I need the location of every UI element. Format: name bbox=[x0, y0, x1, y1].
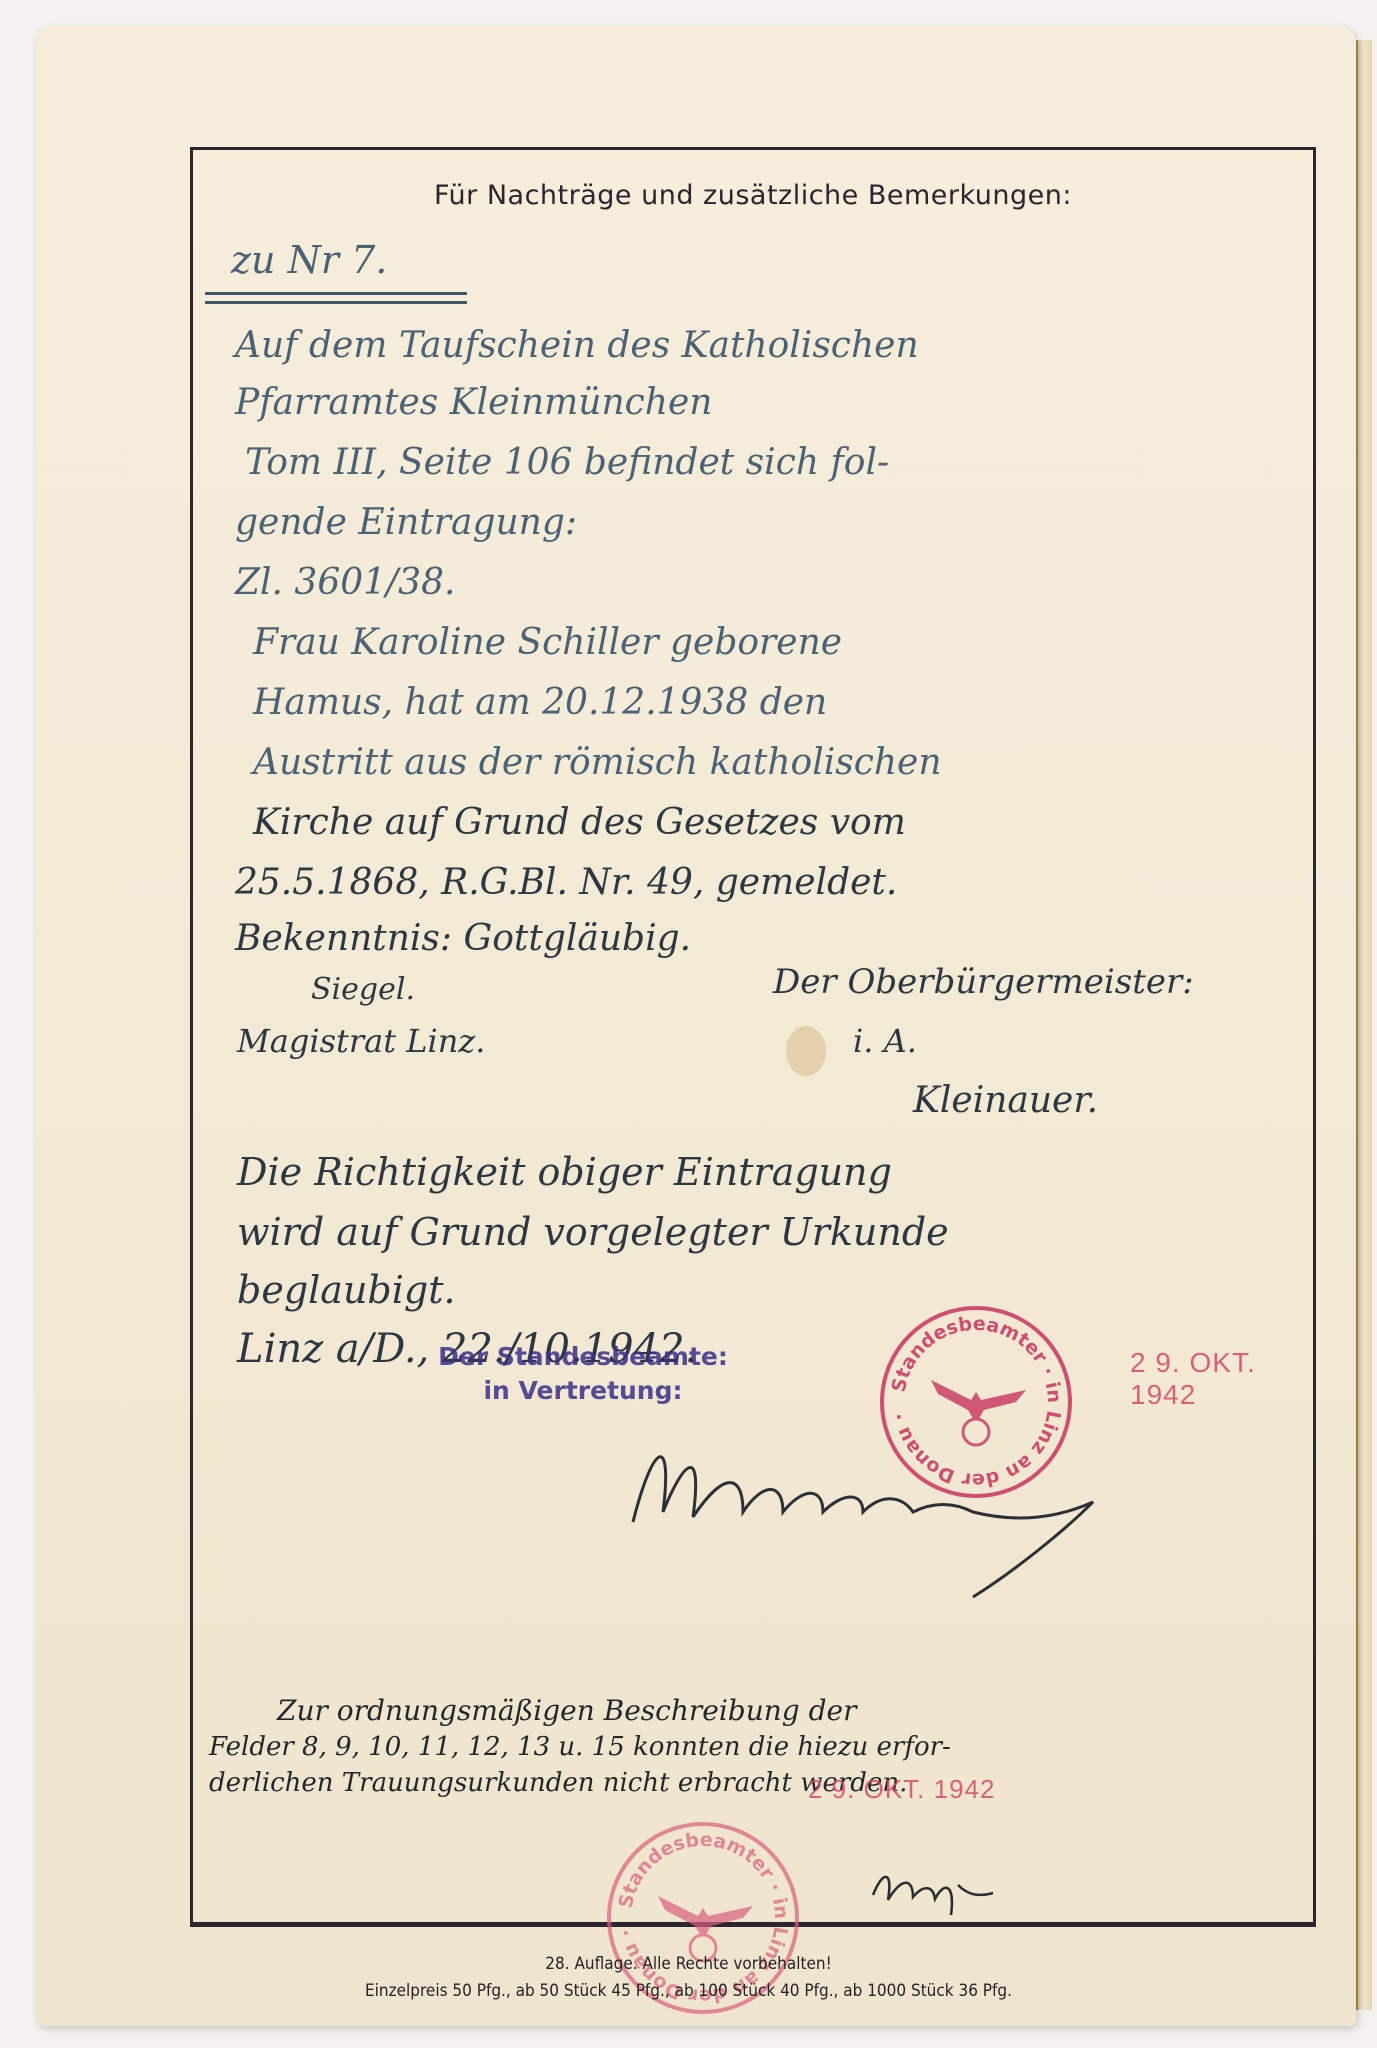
date-stamp: 2 9. OKT. 1942 bbox=[1130, 1347, 1313, 1411]
mayor-title: Der Oberbürgermeister: bbox=[773, 962, 1194, 1002]
certification-line: beglaubigt. bbox=[237, 1268, 456, 1312]
entry-line: 25.5.1868, R.G.Bl. Nr. 49, gemeldet. bbox=[235, 862, 897, 903]
note-line: Felder 8, 9, 10, 11, 12, 13 u. 15 konnte… bbox=[209, 1732, 951, 1762]
remarks-frame: Für Nachträge und zusätzliche Bemerkunge… bbox=[190, 147, 1316, 1927]
document-page: Für Nachträge und zusätzliche Bemerkunge… bbox=[36, 26, 1356, 2026]
entry-line: Hamus, hat am 20.12.1938 den bbox=[253, 682, 827, 723]
magistrat-label: Magistrat Linz. bbox=[237, 1022, 485, 1060]
note-line: derlichen Trauungsurkunden nicht erbrach… bbox=[209, 1768, 907, 1798]
registrar-stamp-line1: Der Standesbeamte: bbox=[438, 1340, 728, 1374]
page-title: Für Nachträge und zusätzliche Bemerkunge… bbox=[193, 180, 1313, 211]
price-note: Einzelpreis 50 Pfg., ab 50 Stück 45 Pfg.… bbox=[0, 1981, 1377, 2001]
entry-line: Bekenntnis: Gottgläubig. bbox=[235, 918, 691, 959]
mayor-ia: i. A. bbox=[853, 1022, 917, 1060]
entry-line: Frau Karoline Schiller geborene bbox=[253, 622, 842, 663]
entry-line: Auf dem Taufschein des Katholischen bbox=[235, 325, 919, 366]
entry-line: Tom III, Seite 106 befindet sich fol- bbox=[245, 442, 889, 483]
entry-line: gende Eintragung: bbox=[235, 502, 577, 543]
page-edge bbox=[1356, 40, 1372, 2010]
seal-label: Siegel. bbox=[311, 972, 415, 1007]
note-signature bbox=[863, 1855, 1003, 1925]
certification-line: wird auf Grund vorgelegter Urkunde bbox=[237, 1210, 949, 1254]
edition-note: 28. Auflage. Alle Rechte vorbehalten! bbox=[0, 1954, 1377, 1974]
entry-line: Kirche auf Grund des Gesetzes vom bbox=[253, 802, 906, 843]
certification-line: Die Richtigkeit obiger Eintragung bbox=[237, 1150, 892, 1194]
mayor-signature: Kleinauer. bbox=[913, 1080, 1098, 1121]
registrar-signature bbox=[593, 1402, 1133, 1602]
note-line: Zur ordnungsmäßigen Beschreibung der bbox=[277, 1694, 857, 1727]
reference-underline bbox=[205, 292, 467, 304]
registrar-stamp: Der Standesbeamte: in Vertretung: bbox=[438, 1340, 728, 1408]
date-stamp: 2 9. OKT. 1942 bbox=[808, 1774, 995, 1805]
entry-line: Zl. 3601/38. bbox=[235, 562, 455, 603]
entry-line: Pfarramtes Kleinmünchen bbox=[235, 382, 712, 423]
entry-line: Austritt aus der römisch katholischen bbox=[253, 742, 942, 783]
reference-note: zu Nr 7. bbox=[231, 238, 387, 282]
